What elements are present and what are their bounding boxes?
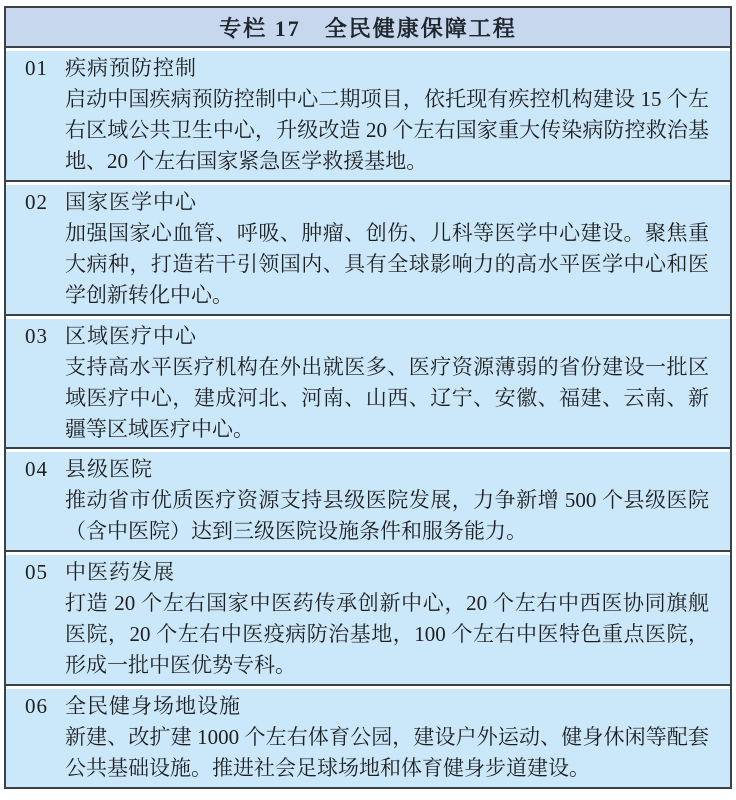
section-number: 04: [25, 454, 65, 485]
section-title: 县级医院: [65, 457, 153, 481]
section-body-text: 加强国家心血管、呼吸、肿瘤、创伤、儿科等医学中心建设。聚焦重大病种，打造若干引领…: [6, 218, 709, 311]
section-number: 01: [25, 53, 65, 84]
section-disease-prevention-control: 01疾病预防控制 启动中国疾病预防控制中心二期项目，依托现有疾控机构建设 15 …: [6, 51, 730, 180]
section-body-text: 推动省市优质医疗资源支持县级医院发展，力争新增 500 个县级医院（含中医院）达…: [6, 485, 709, 547]
section-body-text: 支持高水平医疗机构在外出就医多、医疗资源薄弱的省份建设一批区域医疗中心，建成河北…: [6, 352, 709, 445]
page: 专栏 17 全民健康保障工程 01疾病预防控制 启动中国疾病预防控制中心二期项目…: [0, 0, 736, 800]
section-tcm-development: 05中医药发展 打造 20 个左右国家中医药传承创新中心，20 个左右中西医协同…: [6, 555, 730, 684]
section-fitness-facilities: 06全民健身场地设施 新建、改扩建 1000 个左右体育公园，建设户外运动、健身…: [6, 689, 730, 787]
box-body: 01疾病预防控制 启动中国疾病预防控制中心二期项目，依托现有疾控机构建设 15 …: [6, 51, 730, 787]
section-heading: 02国家医学中心: [6, 187, 709, 218]
box-header: 专栏 17 全民健康保障工程: [6, 8, 730, 46]
plan-box: 专栏 17 全民健康保障工程 01疾病预防控制 启动中国疾病预防控制中心二期项目…: [4, 6, 732, 789]
section-heading: 06全民健身场地设施: [6, 691, 709, 722]
section-regional-medical-centers: 03区域医疗中心 支持高水平医疗机构在外出就医多、医疗资源薄弱的省份建设一批区域…: [6, 319, 730, 448]
section-title: 区域医疗中心: [65, 324, 197, 348]
section-title: 中医药发展: [65, 560, 175, 584]
section-heading: 03区域医疗中心: [6, 321, 709, 352]
section-title: 疾病预防控制: [65, 56, 197, 80]
section-title: 全民健身场地设施: [65, 694, 241, 718]
section-number: 02: [25, 187, 65, 218]
section-number: 05: [25, 557, 65, 588]
section-number: 06: [25, 691, 65, 722]
section-body-text: 启动中国疾病预防控制中心二期项目，依托现有疾控机构建设 15 个左右区域公共卫生…: [6, 84, 709, 177]
section-body-text: 新建、改扩建 1000 个左右体育公园，建设户外运动、健身休闲等配套公共基础设施…: [6, 722, 709, 784]
section-heading: 05中医药发展: [6, 557, 709, 588]
section-number: 03: [25, 321, 65, 352]
section-national-medical-centers: 02国家医学中心 加强国家心血管、呼吸、肿瘤、创伤、儿科等医学中心建设。聚焦重大…: [6, 185, 730, 314]
section-county-hospitals: 04县级医院 推动省市优质医疗资源支持县级医院发展，力争新增 500 个县级医院…: [6, 452, 730, 550]
section-heading: 01疾病预防控制: [6, 53, 709, 84]
box-title: 专栏 17 全民健康保障工程: [219, 12, 517, 43]
section-heading: 04县级医院: [6, 454, 709, 485]
section-title: 国家医学中心: [65, 190, 197, 214]
section-body-text: 打造 20 个左右国家中医药传承创新中心，20 个左右中西医协同旗舰医院，20 …: [6, 588, 709, 681]
